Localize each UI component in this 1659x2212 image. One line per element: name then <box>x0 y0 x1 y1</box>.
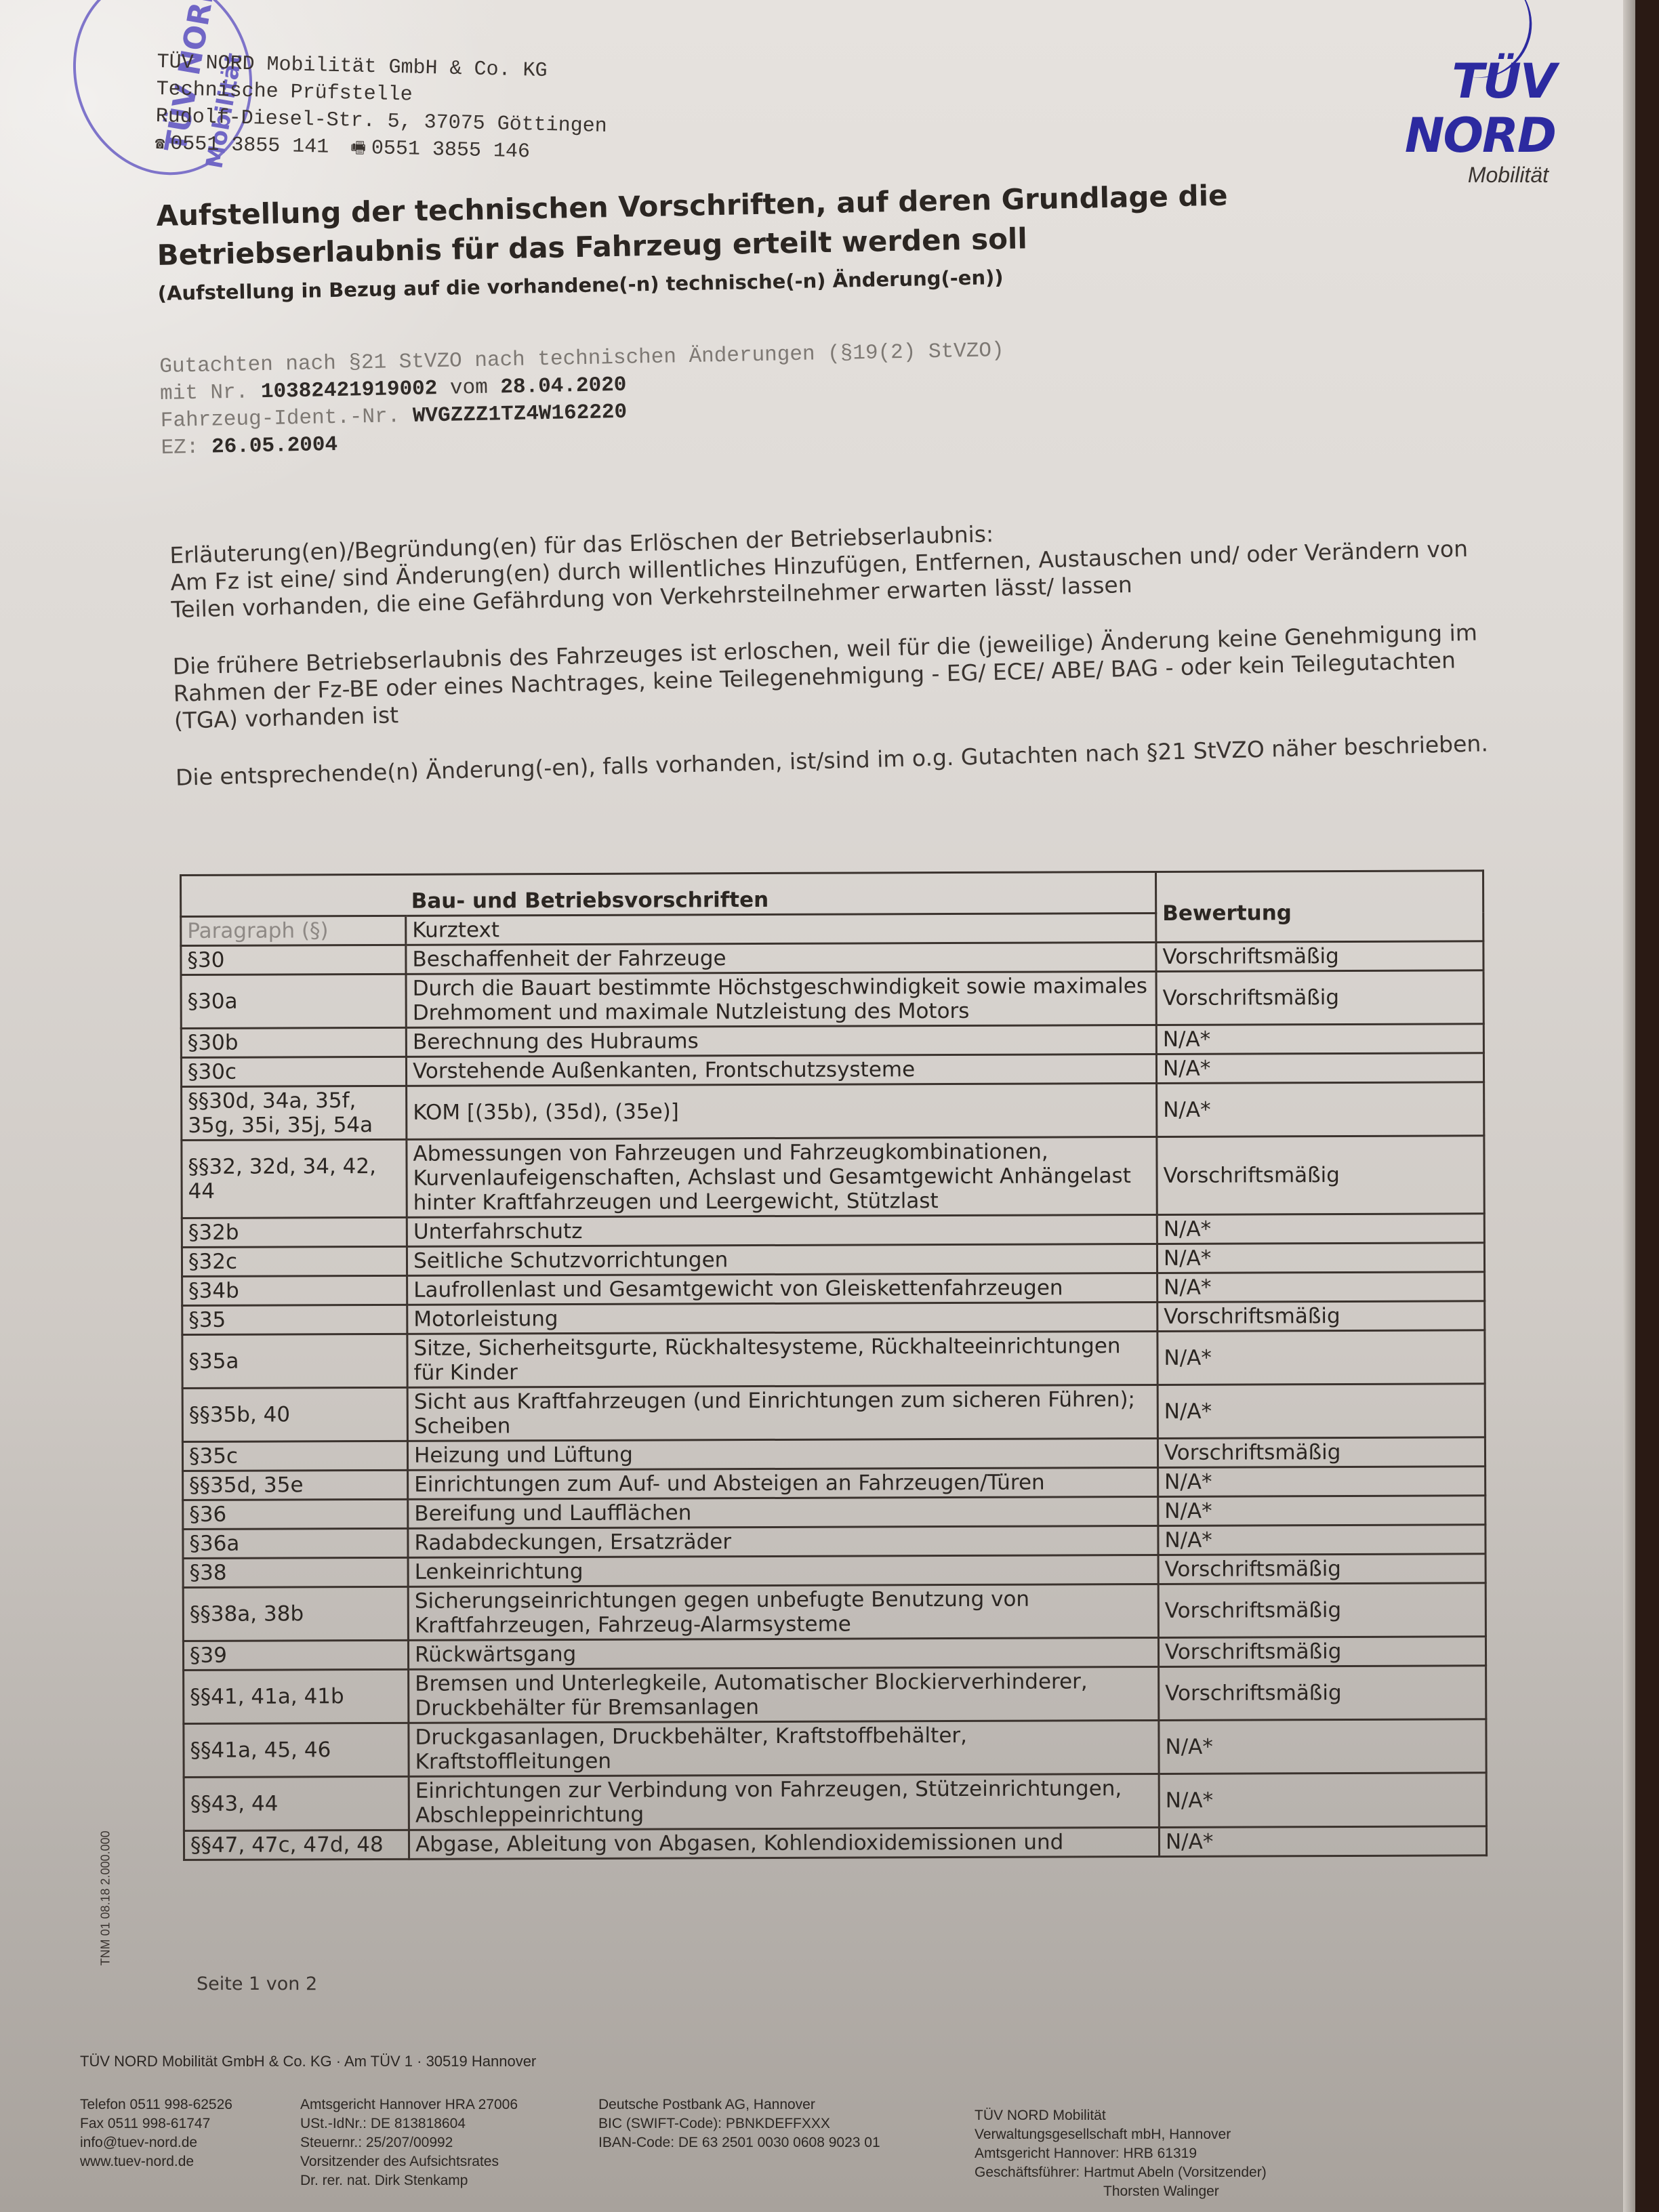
bewertung-cell: N/A* <box>1158 1330 1485 1385</box>
table-row: §30aDurch die Bauart bestimmte Höchstges… <box>181 970 1483 1029</box>
table-row: §32bUnterfahrschutzN/A* <box>182 1214 1484 1248</box>
footer-registry: Amtsgericht Hannover HRA 27006 USt.-IdNr… <box>300 2095 598 2201</box>
bewertung-cell: N/A* <box>1159 1773 1486 1828</box>
table-row: §§32, 32d, 34, 42, 44Abmessungen von Fah… <box>182 1136 1484 1218</box>
paragraph-cell: §39 <box>183 1640 408 1670</box>
kurztext-cell: Einrichtungen zum Auf- und Absteigen an … <box>408 1467 1158 1499</box>
bewertung-cell: N/A* <box>1158 1272 1485 1303</box>
table-row: §35cHeizung und LüftungVorschriftsmäßig <box>182 1437 1485 1471</box>
vin-value: WVGZZZ1TZ4W162220 <box>413 401 628 428</box>
date-label: vom <box>450 376 488 401</box>
table-row: §35MotorleistungVorschriftsmäßig <box>182 1301 1485 1335</box>
paragraph-cell: §30a <box>181 974 406 1028</box>
table-row: §§30d, 34a, 35f, 35g, 35i, 35j, 54aKOM [… <box>182 1082 1484 1141</box>
footer-line: Amtsgericht Hannover: HRB 61319 <box>975 2144 1267 2163</box>
report-number-label: mit Nr. <box>160 380 249 405</box>
paragraph-cell: §§43, 44 <box>184 1776 409 1830</box>
bewertung-cell: Vorschriftsmäßig <box>1158 1583 1486 1638</box>
table-row: §30Beschaffenheit der FahrzeugeVorschrif… <box>181 941 1483 975</box>
header-bewertung: Bewertung <box>1155 871 1483 943</box>
footer-line: USt.-IdNr.: DE 813818604 <box>300 2114 598 2133</box>
paragraph-cell: §30 <box>181 945 406 975</box>
kurztext-cell: Radabdeckungen, Ersatzräder <box>408 1525 1158 1557</box>
form-code: TNM 01 08.18 2.000.000 <box>99 1763 113 1966</box>
kurztext-cell: Sitze, Sicherheitsgurte, Rückhaltesystem… <box>407 1331 1158 1387</box>
table-header-row: Bau- und Betriebsvorschriften Bewertung <box>181 871 1483 917</box>
kurztext-cell: Bereifung und Laufflächen <box>408 1496 1158 1528</box>
footer-bank: Deutsche Postbank AG, Hannover BIC (SWIF… <box>598 2095 975 2201</box>
footer-line: BIC (SWIFT-Code): PBNKDEFFXXX <box>598 2114 975 2133</box>
footer-address: TÜV NORD Mobilität GmbH & Co. KG · Am TÜ… <box>80 2052 1571 2071</box>
footer-contact: Telefon 0511 998-62526 Fax 0511 998-6174… <box>80 2095 300 2201</box>
paragraph-cell: §§30d, 34a, 35f, 35g, 35i, 35j, 54a <box>182 1086 407 1140</box>
paragraph-cell: §36a <box>183 1528 408 1558</box>
kurztext-cell: Lenkeinrichtung <box>408 1555 1158 1586</box>
kurztext-cell: Heizung und Lüftung <box>407 1438 1158 1470</box>
kurztext-cell: Rückwärtsgang <box>409 1637 1159 1669</box>
telephone-icon: ☎ <box>155 136 165 154</box>
paragraph-cell: §§47, 47c, 47d, 48 <box>184 1830 409 1860</box>
bewertung-cell: N/A* <box>1159 1826 1486 1857</box>
paragraph-cell: §32b <box>182 1217 407 1247</box>
document-title-block: Aufstellung der technischen Vorschriften… <box>156 174 1310 305</box>
header-group: Bau- und Betriebsvorschriften <box>406 872 1156 916</box>
table-row: §§35d, 35eEinrichtungen zum Auf- und Abs… <box>183 1467 1486 1500</box>
reference-block: Gutachten nach §21 StVZO nach technische… <box>159 331 1313 462</box>
kurztext-cell: Sicherungseinrichtungen gegen unbefugte … <box>408 1584 1158 1640</box>
table-row: §30bBerechnung des HubraumsN/A* <box>181 1024 1483 1058</box>
bewertung-cell: Vorschriftsmäßig <box>1158 1637 1486 1667</box>
paragraph-cell: §§35d, 35e <box>183 1470 408 1500</box>
kurztext-cell: Durch die Bauart bestimmte Höchstgeschwi… <box>406 971 1156 1027</box>
paragraph-cell: §30b <box>181 1027 406 1057</box>
kurztext-cell: Sicht aus Kraftfahrzeugen (und Einrichtu… <box>407 1385 1158 1441</box>
bewertung-cell: N/A* <box>1156 1024 1483 1054</box>
footer-management: TÜV NORD Mobilität Verwaltungsgesellscha… <box>975 2095 1267 2201</box>
explanation-section: Erläuterung(en)/Begründung(en) für das E… <box>169 508 1498 821</box>
tuv-nord-logo: TÜV NORD Mobilität <box>1298 54 1555 188</box>
table-row: §30cVorstehende Außenkanten, Frontschutz… <box>181 1053 1483 1087</box>
paragraph-cell: §35a <box>182 1334 407 1388</box>
bewertung-cell: N/A* <box>1158 1467 1486 1497</box>
paragraph-cell: §30c <box>181 1057 406 1086</box>
regulations-table-container: Bau- und Betriebsvorschriften Bewertung … <box>180 869 1488 1861</box>
header-spacer <box>181 874 406 916</box>
kurztext-cell: Abgase, Ableitung von Abgasen, Kohlendio… <box>409 1827 1159 1859</box>
paragraph-cell: §32c <box>182 1246 407 1276</box>
bewertung-cell: N/A* <box>1158 1496 1486 1526</box>
fax-icon: 🖷 <box>350 140 366 159</box>
kurztext-cell: Bremsen und Unterlegkeile, Automatischer… <box>409 1666 1159 1723</box>
bewertung-cell: N/A* <box>1159 1719 1486 1774</box>
paragraph-cell: §38 <box>183 1557 408 1587</box>
footer-line: Deutsche Postbank AG, Hannover <box>598 2095 975 2114</box>
kurztext-cell: Seitliche Schutzvorrichtungen <box>407 1244 1157 1275</box>
bewertung-cell: N/A* <box>1157 1243 1484 1273</box>
registration-date: 26.05.2004 <box>211 433 338 459</box>
header-paragraph: Paragraph (§) <box>181 916 406 945</box>
table-row: §32cSeitliche SchutzvorrichtungenN/A* <box>182 1243 1484 1277</box>
kurztext-cell: Vorstehende Außenkanten, Frontschutzsyst… <box>407 1054 1157 1086</box>
table-row: §38LenkeinrichtungVorschriftsmäßig <box>183 1554 1486 1588</box>
kurztext-cell: Berechnung des Hubraums <box>406 1025 1156 1057</box>
paragraph-cell: §§41a, 45, 46 <box>184 1723 409 1777</box>
sender-phone: 0551 3855 141 <box>170 132 329 159</box>
sender-address: TÜV NORD Mobilität GmbH & Co. KG Technis… <box>155 49 609 169</box>
registration-label: EZ: <box>161 436 199 460</box>
kurztext-cell: Beschaffenheit der Fahrzeuge <box>406 942 1156 974</box>
explanation-paragraph: Die entsprechende(n) Änderung(-en), fall… <box>176 730 1497 792</box>
kurztext-cell: KOM [(35b), (35d), (35e)] <box>407 1083 1157 1139</box>
kurztext-cell: Einrichtungen zur Verbindung von Fahrzeu… <box>409 1774 1159 1830</box>
table-row: §39RückwärtsgangVorschriftsmäßig <box>183 1637 1486 1671</box>
paragraph-cell: §34b <box>182 1275 407 1305</box>
footer: TÜV NORD Mobilität GmbH & Co. KG · Am TÜ… <box>80 2052 1571 2201</box>
bewertung-cell: N/A* <box>1158 1525 1486 1555</box>
logo-wordmark: TÜV NORD <box>1298 54 1555 163</box>
footer-line: Steuernr.: 25/207/00992 <box>300 2133 598 2152</box>
vin-label: Fahrzeug-Ident.-Nr. <box>161 405 401 433</box>
footer-line: Verwaltungsgesellschaft mbH, Hannover <box>975 2125 1267 2144</box>
bewertung-cell: Vorschriftsmäßig <box>1158 1437 1485 1468</box>
bewertung-cell: N/A* <box>1157 1214 1484 1244</box>
paragraph-cell: §§32, 32d, 34, 42, 44 <box>182 1139 407 1218</box>
kurztext-cell: Unterfahrschutz <box>407 1214 1157 1246</box>
report-number: 10382421919002 <box>261 377 438 404</box>
bewertung-cell: Vorschriftsmäßig <box>1157 1136 1484 1215</box>
paragraph-cell: §35 <box>182 1305 407 1334</box>
kurztext-cell: Motorleistung <box>407 1302 1158 1334</box>
paragraph-cell: §§35b, 40 <box>182 1387 407 1441</box>
kurztext-cell: Abmessungen von Fahrzeugen und Fahrzeugk… <box>407 1136 1157 1217</box>
table-row: §§43, 44Einrichtungen zur Verbindung von… <box>184 1773 1486 1831</box>
bewertung-cell: Vorschriftsmäßig <box>1158 1301 1485 1332</box>
kurztext-cell: Druckgasanlagen, Druckbehälter, Kraftsto… <box>409 1720 1159 1776</box>
paragraph-cell: §36 <box>183 1499 408 1529</box>
bewertung-cell: Vorschriftsmäßig <box>1159 1666 1486 1721</box>
report-date: 28.04.2020 <box>500 373 627 400</box>
footer-line: TÜV NORD Mobilität <box>975 2106 1267 2125</box>
paragraph-cell: §§41, 41a, 41b <box>184 1669 409 1723</box>
table-row: §36aRadabdeckungen, ErsatzräderN/A* <box>183 1525 1486 1559</box>
explanation-paragraph: Die frühere Betriebserlaubnis des Fahrze… <box>172 619 1495 735</box>
footer-phone: Telefon 0511 998-62526 <box>80 2095 300 2114</box>
footer-line: Thorsten Walinger <box>975 2182 1267 2201</box>
footer-line: Dr. rer. nat. Dirk Stenkamp <box>300 2171 598 2190</box>
page-number: Seite 1 von 2 <box>197 1973 317 1994</box>
sender-fax: 0551 3855 146 <box>371 137 531 163</box>
table-row: §§41a, 45, 46Druckgasanlagen, Druckbehäl… <box>184 1719 1486 1778</box>
header-kurztext: Kurztext <box>406 913 1156 945</box>
table-row: §36Bereifung und LaufflächenN/A* <box>183 1496 1486 1530</box>
kurztext-cell: Laufrollenlast und Gesamtgewicht von Gle… <box>407 1273 1158 1305</box>
bewertung-cell: N/A* <box>1158 1384 1485 1439</box>
bewertung-cell: Vorschriftsmäßig <box>1158 1554 1486 1584</box>
footer-line: Geschäftsführer: Hartmut Abeln (Vorsitze… <box>975 2163 1267 2182</box>
regulations-table: Bau- und Betriebsvorschriften Bewertung … <box>180 869 1488 1861</box>
footer-columns: Telefon 0511 998-62526 Fax 0511 998-6174… <box>80 2095 1571 2201</box>
table-row: §34bLaufrollenlast und Gesamtgewicht von… <box>182 1272 1485 1306</box>
footer-email-link[interactable]: info@tuev-nord.de <box>80 2133 300 2152</box>
footer-line: Vorsitzender des Aufsichtsrates <box>300 2152 598 2171</box>
table-row: §35aSitze, Sicherheitsgurte, Rückhaltesy… <box>182 1330 1485 1389</box>
bewertung-cell: Vorschriftsmäßig <box>1156 970 1483 1025</box>
footer-website-link[interactable]: www.tuev-nord.de <box>80 2152 300 2171</box>
logo-subtitle: Mobilität <box>1298 163 1549 188</box>
paragraph-cell: §§38a, 38b <box>183 1586 408 1641</box>
table-row: §§41, 41a, 41bBremsen und Unterlegkeile,… <box>184 1666 1486 1724</box>
table-row: §§47, 47c, 47d, 48Abgase, Ableitung von … <box>184 1826 1486 1860</box>
bewertung-cell: N/A* <box>1156 1053 1483 1084</box>
table-row: §§38a, 38bSicherungseinrichtungen gegen … <box>183 1583 1486 1641</box>
page-edge <box>1623 0 1635 2212</box>
footer-line: Amtsgericht Hannover HRA 27006 <box>300 2095 598 2114</box>
footer-fax: Fax 0511 998-61747 <box>80 2114 300 2133</box>
bewertung-cell: N/A* <box>1157 1082 1484 1137</box>
footer-line: IBAN-Code: DE 63 2501 0030 0608 9023 01 <box>598 2133 975 2152</box>
paragraph-cell: §35c <box>182 1441 407 1471</box>
table-row: §§35b, 40Sicht aus Kraftfahrzeugen (und … <box>182 1384 1485 1442</box>
bewertung-cell: Vorschriftsmäßig <box>1156 941 1483 972</box>
